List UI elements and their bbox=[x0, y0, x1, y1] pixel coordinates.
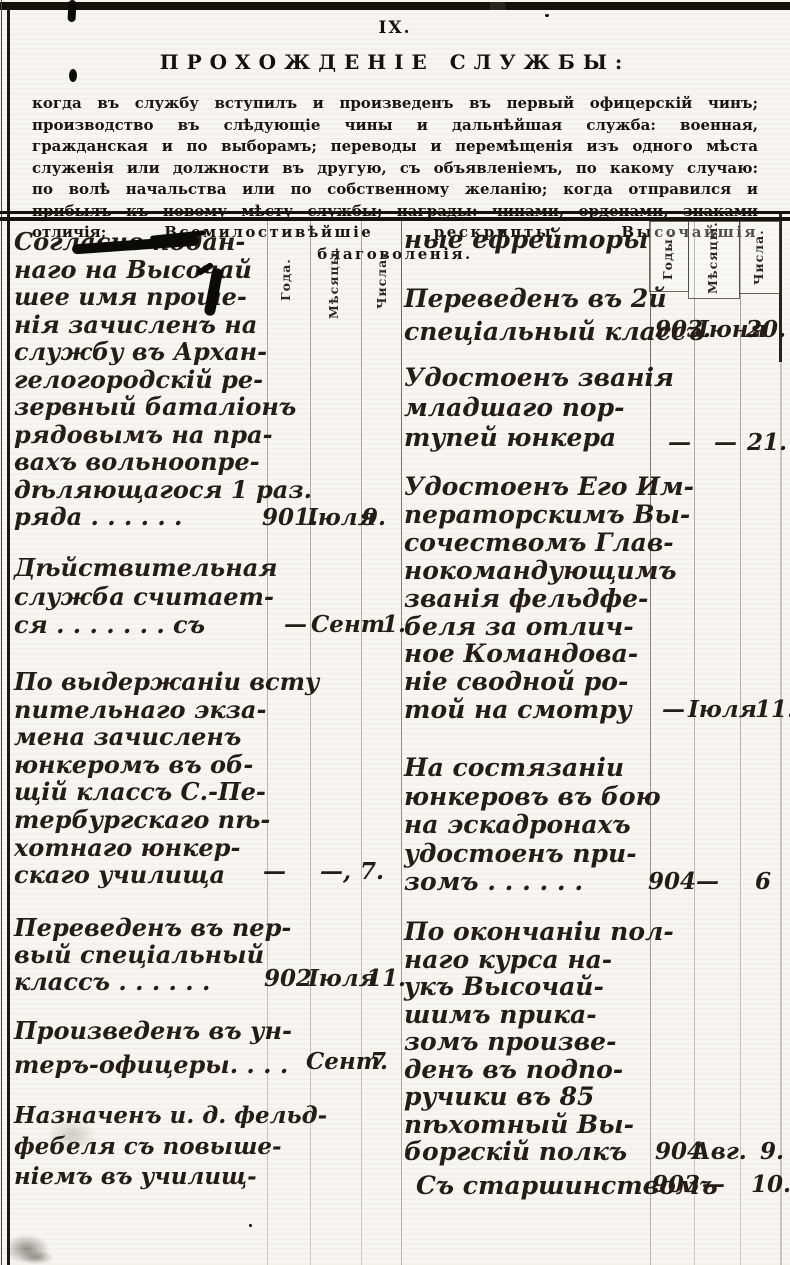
handwritten-line: зомъ произве- bbox=[404, 1028, 652, 1056]
handwritten-line: Произведенъ въ ун- bbox=[14, 1014, 266, 1048]
handwritten-line: вый спеціальный bbox=[14, 941, 266, 968]
handwritten-line: ручики въ 85 bbox=[404, 1083, 652, 1111]
section-number: IX. bbox=[0, 18, 790, 38]
handwritten-line: гелогородскій ре- bbox=[14, 366, 266, 394]
service-entry-left-1: Согласно подан- наго на Высочай шее имя … bbox=[14, 228, 266, 531]
date-month: — bbox=[696, 868, 719, 895]
handwritten-line: шее имя проше- bbox=[14, 283, 266, 311]
table-divider-line-top bbox=[0, 211, 790, 214]
entry-date-right-4: 904 — 6 bbox=[0, 868, 790, 900]
column-header-days-right: Числа. bbox=[751, 226, 766, 289]
entry-date-right-6: 903 — 10. bbox=[0, 1171, 790, 1203]
handwritten-line: юнкеромъ въ об- bbox=[14, 751, 266, 779]
handwritten-line: беля за отлич- bbox=[404, 613, 652, 641]
page-top-border-line bbox=[0, 2, 790, 10]
ink-blot-mark bbox=[69, 69, 77, 82]
entry-date-right-1: 903. Іюня 20. bbox=[0, 316, 790, 348]
handwritten-line: шимъ прика- bbox=[404, 1001, 652, 1029]
column-rule-right-days bbox=[740, 221, 741, 1265]
handwritten-line: На состязаніи bbox=[404, 754, 652, 783]
page-title: ПРОХОЖДЕНІЕ СЛУЖБЫ: bbox=[0, 50, 790, 74]
date-day: 6 bbox=[755, 868, 771, 895]
ink-tick-mark bbox=[67, 0, 76, 22]
date-month: Іюля bbox=[688, 696, 757, 723]
paper-smudge-mark bbox=[46, 1118, 98, 1152]
date-year: — bbox=[668, 429, 691, 456]
date-year: — bbox=[662, 696, 685, 723]
scanned-service-record-page: IX. ПРОХОЖДЕНІЕ СЛУЖБЫ: когда въ службу … bbox=[0, 0, 790, 1265]
date-day: 10. bbox=[751, 1171, 790, 1198]
paper-speck bbox=[545, 14, 549, 17]
date-year: 902 bbox=[264, 965, 312, 992]
handwritten-line: служба считает- bbox=[14, 583, 266, 612]
date-day: 21. bbox=[747, 429, 787, 456]
entry-date-left-2: — Сент. 1. bbox=[0, 611, 790, 643]
date-year: 904 bbox=[648, 868, 696, 895]
column-header-years-left: Года. bbox=[278, 232, 293, 328]
date-day: 20. bbox=[746, 316, 786, 343]
service-entry-right-3: Удостоенъ Его Им- ператорскимъ Вы- сочес… bbox=[404, 473, 652, 724]
date-day: 9. bbox=[760, 1138, 784, 1165]
handwritten-line: тербургскаго пѣ- bbox=[14, 806, 266, 834]
entry-date-left-4: 902 Іюля 11. bbox=[0, 965, 790, 997]
page-right-border-faint-line bbox=[780, 362, 782, 1265]
entry-date-right-5: 904 Авг. 9. bbox=[0, 1138, 790, 1170]
handwritten-line: зервный баталіонъ bbox=[14, 393, 266, 421]
handwritten-line: нокомандующимъ bbox=[404, 557, 652, 585]
handwritten-line: удостоенъ при- bbox=[404, 840, 652, 869]
handwritten-line: По окончаніи пол- bbox=[404, 918, 652, 946]
handwritten-line: денъ въ подпо- bbox=[404, 1056, 652, 1084]
handwritten-line: Переведенъ въ пер- bbox=[14, 914, 266, 941]
handwritten-line: наго курса на- bbox=[404, 946, 652, 974]
handwritten-line: Дѣйствительная bbox=[14, 554, 266, 583]
date-day: 11. bbox=[366, 965, 406, 992]
handwritten-line: на эскадронахъ bbox=[404, 811, 652, 840]
service-entry-right-5: По окончаніи пол- наго курса на- укъ Выс… bbox=[404, 918, 652, 1166]
date-month: — bbox=[714, 429, 737, 456]
entry-date-left-5: Сент. 7 bbox=[0, 1048, 790, 1080]
handwritten-line: Удостоенъ званія bbox=[404, 363, 652, 393]
handwritten-line: Удостоенъ Его Им- bbox=[404, 473, 652, 501]
handwritten-line: щій классъ С.-Пе- bbox=[14, 778, 266, 806]
date-day: 1. bbox=[382, 611, 406, 638]
handwritten-line: укъ Высочай- bbox=[404, 973, 652, 1001]
handwritten-line: званія фельдфе- bbox=[404, 585, 652, 613]
date-month: — bbox=[702, 1171, 725, 1198]
handwritten-line: ператорскимъ Вы- bbox=[404, 501, 652, 529]
date-month: Авг. bbox=[692, 1138, 747, 1165]
handwritten-line: По выдержаніи всту bbox=[14, 668, 266, 696]
corner-smudge-mark-2 bbox=[20, 1250, 54, 1265]
handwritten-line: сочествомъ Глав- bbox=[404, 529, 652, 557]
handwritten-line: юнкеровъ въ бою bbox=[404, 783, 652, 812]
date-year: — bbox=[284, 611, 307, 638]
date-day: 11. bbox=[755, 696, 790, 723]
date-day: 7 bbox=[370, 1048, 386, 1075]
handwritten-line: дѣляющагося 1 раз. bbox=[14, 476, 266, 504]
handwritten-line: Переведенъ въ 2й bbox=[404, 282, 652, 315]
column-header-months-right: Мѣсяцы. bbox=[705, 224, 720, 294]
handwritten-line: ные ефрейторы bbox=[404, 226, 652, 254]
date-month: Сент. bbox=[311, 611, 393, 638]
column-rule-center bbox=[401, 221, 402, 1265]
date-day: 9. bbox=[362, 504, 386, 531]
paper-speck bbox=[249, 1224, 252, 1227]
entry-date-right-2: — — 21. bbox=[0, 429, 790, 461]
column-header-years-right: Годы. bbox=[660, 226, 675, 286]
handwritten-line: пѣхотный Вы- bbox=[404, 1111, 652, 1139]
date-year: 903 bbox=[652, 1171, 700, 1198]
handwritten-line: ніе сводной ро- bbox=[404, 668, 652, 696]
column-rule-right-months bbox=[694, 221, 695, 1265]
service-entry-right-0: ные ефрейторы bbox=[404, 226, 652, 254]
handwritten-line: ное Командова- bbox=[404, 640, 652, 668]
entry-date-right-3: — Іюля 11. bbox=[0, 696, 790, 728]
handwritten-line: младшаго пор- bbox=[404, 393, 652, 423]
column-rule-left-days bbox=[361, 221, 362, 1265]
handwritten-line: наго на Высочай bbox=[14, 256, 266, 284]
